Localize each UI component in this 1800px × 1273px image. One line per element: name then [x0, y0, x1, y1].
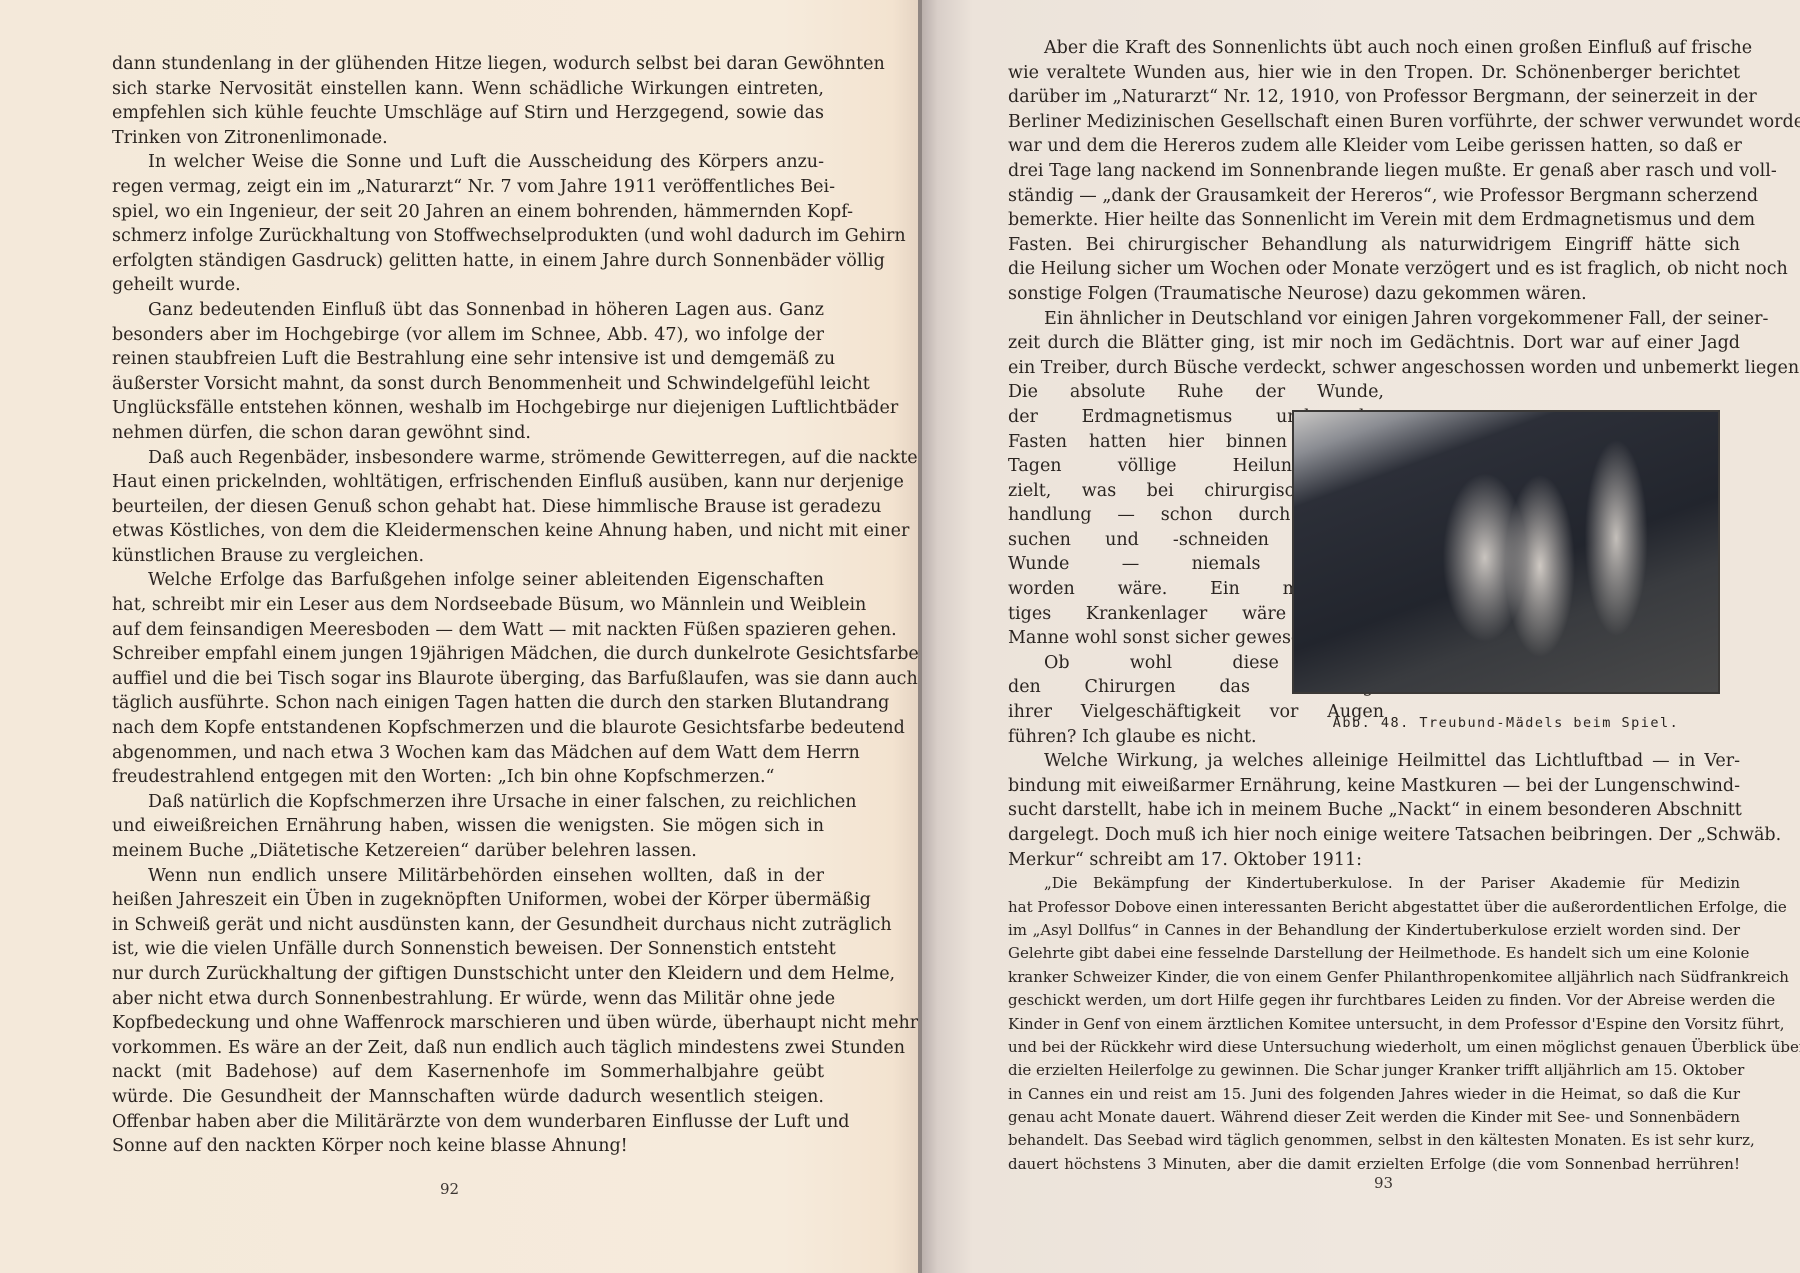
- text-line: sucht darstellt, habe ich in meinem Buch…: [1008, 798, 1740, 823]
- text-line: auffiel und die bei Tisch sogar ins Blau…: [112, 667, 824, 692]
- paragraph-start: In welcher Weise die Sonne und Luft die …: [112, 150, 824, 175]
- text-line: Merkur“ schreibt am 17. Oktober 1911:: [1008, 848, 1740, 873]
- text-line: dann stundenlang in der glühenden Hitze …: [112, 52, 824, 77]
- text-line: empfehlen sich kühle feuchte Umschläge a…: [112, 101, 824, 126]
- text-line: auf dem feinsandigen Meeresboden — dem W…: [112, 618, 824, 643]
- text-line: Offenbar haben aber die Militärärzte von…: [112, 1110, 824, 1135]
- left-page: dann stundenlang in der glühenden Hitze …: [0, 0, 920, 1273]
- text-line: vorkommen. Es wäre an der Zeit, daß nun …: [112, 1036, 824, 1061]
- text-line: nackt (mit Badehose) auf dem Kasernenhof…: [112, 1060, 824, 1085]
- text-line: erfolgten ständigen Gasdruck) gelitten h…: [112, 249, 824, 274]
- text-line: heißen Jahreszeit ein Üben in zugeknöpft…: [112, 888, 824, 913]
- quote-line: behandelt. Das Seebad wird täglich genom…: [1008, 1129, 1740, 1152]
- text-line: aber nicht etwa durch Sonnenbestrahlung.…: [112, 987, 824, 1012]
- text-line: regen vermag, zeigt ein im „Naturarzt“ N…: [112, 175, 824, 200]
- text-line: ein Treiber, durch Büsche verdeckt, schw…: [1008, 356, 1740, 381]
- figure-photo: [1292, 410, 1720, 694]
- text-line: Trinken von Zitronenlimonade.: [112, 126, 824, 151]
- page-number: 93: [1374, 1174, 1393, 1192]
- text-line: in Schweiß gerät und nicht ausdünsten ka…: [112, 913, 824, 938]
- quote-line: und bei der Rückkehr wird diese Untersuc…: [1008, 1036, 1740, 1059]
- paragraph-start: Wenn nun endlich unsere Militärbehörden …: [112, 864, 824, 889]
- text-line: Sonne auf den nackten Körper noch keine …: [112, 1134, 824, 1159]
- text-line: dargelegt. Doch muß ich hier noch einige…: [1008, 823, 1740, 848]
- quote-line: Kinder in Genf von einem ärztlichen Komi…: [1008, 1013, 1740, 1036]
- text-line: bemerkte. Hier heilte das Sonnenlicht im…: [1008, 208, 1740, 233]
- paragraph-start: Daß natürlich die Kopfschmerzen ihre Urs…: [112, 790, 824, 815]
- text-line: äußerster Vorsicht mahnt, da sonst durch…: [112, 372, 824, 397]
- text-line: ständig — „dank der Grausamkeit der Here…: [1008, 184, 1740, 209]
- text-line: zeit durch die Blätter ging, ist mir noc…: [1008, 331, 1740, 356]
- text-line: würde. Die Gesundheit der Mannschaften w…: [112, 1085, 824, 1110]
- paragraph-start: Aber die Kraft des Sonnenlichts übt auch…: [1008, 36, 1740, 61]
- text-line: reinen staubfreien Luft die Bestrahlung …: [112, 347, 824, 372]
- text-line: sonstige Folgen (Traumatische Neurose) d…: [1008, 282, 1740, 307]
- text-line: ist, wie die vielen Unfälle durch Sonnen…: [112, 937, 824, 962]
- quote-line: die erzielten Heilerfolge zu gewinnen. D…: [1008, 1059, 1740, 1082]
- text-line: besonders aber im Hochgebirge (vor allem…: [112, 323, 824, 348]
- text-line: nur durch Zurückhaltung der giftigen Dun…: [112, 962, 824, 987]
- text-line: Unglücksfälle entstehen können, weshalb …: [112, 396, 824, 421]
- text-line: Kopfbedeckung und ohne Waffenrock marsch…: [112, 1011, 824, 1036]
- paragraph-start: Ein ähnlicher in Deutschland vor einigen…: [1008, 307, 1740, 332]
- paragraph-start: Daß auch Regenbäder, insbesondere warme,…: [112, 446, 824, 471]
- quote-line: Gelehrte gibt dabei eine fesselnde Darst…: [1008, 942, 1740, 965]
- paragraph-start: Welche Wirkung, ja welches alleinige Hei…: [1008, 749, 1740, 774]
- paragraph-start: Welche Erfolge das Barfußgehen infolge s…: [112, 568, 824, 593]
- text-line: war und dem die Hereros zudem alle Kleid…: [1008, 134, 1740, 159]
- text-line: nach dem Kopfe entstandenen Kopfschmerze…: [112, 716, 824, 741]
- page-number: 92: [440, 1180, 459, 1198]
- text-line: schmerz infolge Zurückhaltung von Stoffw…: [112, 224, 824, 249]
- text-line: täglich ausführte. Schon nach einigen Ta…: [112, 691, 824, 716]
- text-line: und eiweißreichen Ernährung haben, wisse…: [112, 814, 824, 839]
- quote-line: in Cannes ein und reist am 15. Juni des …: [1008, 1083, 1740, 1106]
- left-page-text: dann stundenlang in der glühenden Hitze …: [112, 52, 824, 1159]
- text-line: geheilt wurde.: [112, 273, 824, 298]
- quote-line: im „Asyl Dollfus“ in Cannes in der Behan…: [1008, 919, 1740, 942]
- book-gutter: [918, 0, 922, 1273]
- text-line: Schreiber empfahl einem jungen 19jährige…: [112, 642, 824, 667]
- text-line: Fasten. Bei chirurgischer Behandlung als…: [1008, 233, 1740, 258]
- quote-line: hat Professor Dobove einen interessanten…: [1008, 896, 1740, 919]
- quote-line: kranker Schweizer Kinder, die von einem …: [1008, 966, 1740, 989]
- quote-line: dauert höchstens 3 Minuten, aber die dam…: [1008, 1153, 1740, 1176]
- text-line: spiel, wo ein Ingenieur, der seit 20 Jah…: [112, 200, 824, 225]
- text-line: hat, schreibt mir ein Leser aus dem Nord…: [112, 593, 824, 618]
- text-line: Die absolute Ruhe der Wunde,: [1008, 380, 1384, 405]
- text-line: drei Tage lang nackend im Sonnenbrande l…: [1008, 159, 1740, 184]
- text-line: meinem Buche „Diätetische Ketzereien“ da…: [112, 839, 824, 864]
- text-line: abgenommen, und nach etwa 3 Wochen kam d…: [112, 741, 824, 766]
- quote-line: geschickt werden, um dort Hilfe gegen ih…: [1008, 989, 1740, 1012]
- text-line: darüber im „Naturarzt“ Nr. 12, 1910, von…: [1008, 85, 1740, 110]
- paragraph-start: Ganz bedeutenden Einfluß übt das Sonnenb…: [112, 298, 824, 323]
- text-line: Haut einen prickelnden, wohltätigen, erf…: [112, 470, 824, 495]
- text-line: künstlichen Brause zu vergleichen.: [112, 544, 824, 569]
- text-line: bindung mit eiweißarmer Ernährung, keine…: [1008, 774, 1740, 799]
- quote-start: „Die Bekämpfung der Kindertuberkulose. I…: [1008, 872, 1740, 895]
- text-line: freudestrahlend entgegen mit den Worten:…: [112, 765, 824, 790]
- text-line: die Heilung sicher um Wochen oder Monate…: [1008, 257, 1740, 282]
- text-line: sich starke Nervosität einstellen kann. …: [112, 77, 824, 102]
- text-line: wie veraltete Wunden aus, hier wie in de…: [1008, 61, 1740, 86]
- quote-line: genau acht Monate dauert. Während dieser…: [1008, 1106, 1740, 1129]
- text-line: etwas Köstliches, von dem die Kleidermen…: [112, 519, 824, 544]
- text-line: beurteilen, der diesen Genuß schon gehab…: [112, 495, 824, 520]
- text-line: nehmen dürfen, die schon daran gewöhnt s…: [112, 421, 824, 446]
- text-line: Berliner Medizinischen Gesellschaft eine…: [1008, 110, 1740, 135]
- figure-caption: Abb. 48. Treubund-Mädels beim Spiel.: [1292, 715, 1720, 731]
- book-spread: dann stundenlang in der glühenden Hitze …: [0, 0, 1800, 1273]
